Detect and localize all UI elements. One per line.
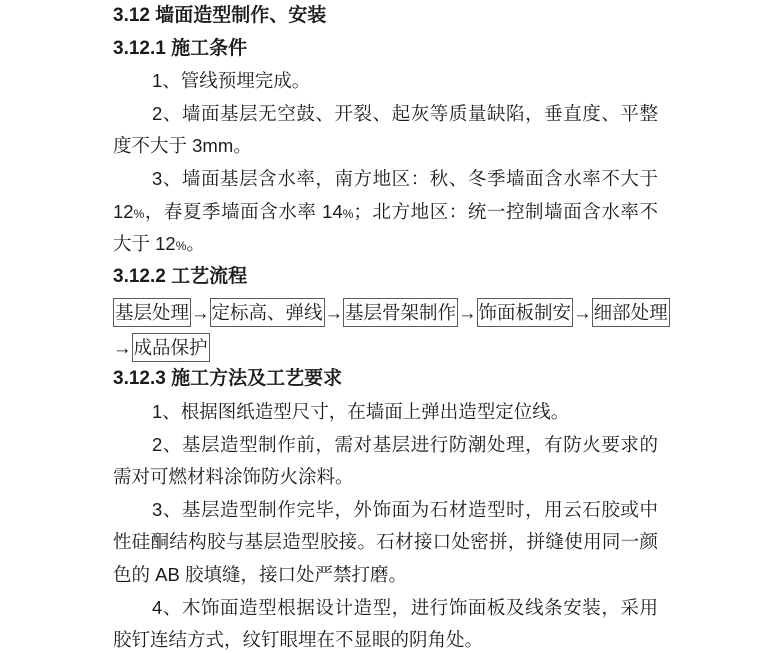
percent-sign: % <box>176 239 187 253</box>
flow-segment: →饰面板制安 <box>458 300 573 321</box>
flow-arrow-icon: → <box>113 336 132 359</box>
paragraph: 4、木饰面造型根据设计造型，进行饰面板及线条安装，采用胶钉连结方式，纹钉眼埋在不… <box>113 592 658 653</box>
percent-sign: % <box>343 207 354 221</box>
paragraph: 1、管线预埋完成。 <box>113 65 658 98</box>
flow-step: 饰面板制安 <box>477 298 574 327</box>
flow-step: 成品保护 <box>132 333 210 362</box>
flow-step: 细部处理 <box>592 298 670 327</box>
flow-arrow-icon: → <box>573 301 592 324</box>
flow-arrow-icon: → <box>325 301 344 324</box>
document-page: 3.12 墙面造型制作、安装3.12.1 施工条件1、管线预埋完成。2、墙面基层… <box>0 0 760 653</box>
paragraph: 3、墙面基层含水率，南方地区：秋、冬季墙面含水率不大于 12%，春夏季墙面含水率… <box>113 163 658 261</box>
paragraph: 2、基层造型制作前，需对基层进行防潮处理，有防火要求的需对可燃材料涂饰防火涂料。 <box>113 429 658 494</box>
paragraph: 3、基层造型制作完毕，外饰面为石材造型时，用云石胶或中性硅酮结构胶与基层造型胶接… <box>113 494 658 592</box>
section-heading: 3.12 墙面造型制作、安装 <box>113 0 658 33</box>
percent-sign: % <box>134 207 145 221</box>
flow-segment: →基层骨架制作 <box>325 300 459 321</box>
flow-step: 定标高、弹线 <box>210 298 325 327</box>
flow-step: 基层骨架制作 <box>343 298 458 327</box>
section-heading: 3.12.3 施工方法及工艺要求 <box>113 363 658 396</box>
flow-arrow-icon: → <box>191 301 210 324</box>
paragraph: 1、根据图纸造型尺寸，在墙面上弹出造型定位线。 <box>113 396 658 429</box>
flow-segment: →细部处理 <box>573 300 670 321</box>
flow-segment: →成品保护 <box>113 335 210 356</box>
section-heading: 3.12.2 工艺流程 <box>113 261 658 294</box>
process-flowchart: 基层处理→定标高、弹线→基层骨架制作→饰面板制安→细部处理→成品保护 <box>113 293 671 363</box>
paragraph: 2、墙面基层无空鼓、开裂、起灰等质量缺陷，垂直度、平整度不大于 3mm。 <box>113 98 658 163</box>
flow-arrow-icon: → <box>458 301 477 324</box>
flow-segment: →定标高、弹线 <box>191 300 325 321</box>
section-heading: 3.12.1 施工条件 <box>113 33 658 66</box>
flow-step: 基层处理 <box>113 298 191 327</box>
document-content: 3.12 墙面造型制作、安装3.12.1 施工条件1、管线预埋完成。2、墙面基层… <box>113 0 658 653</box>
